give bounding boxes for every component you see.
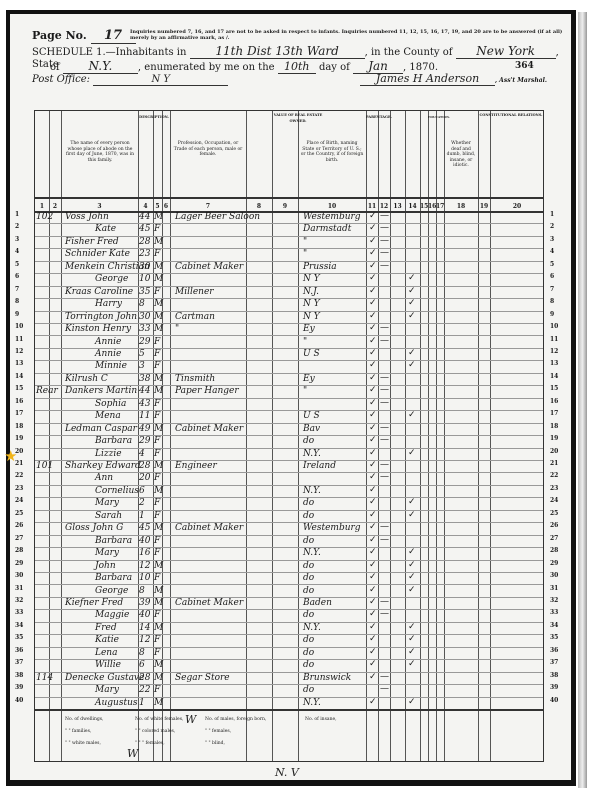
summary-white-females: No. of white females,	[135, 717, 183, 722]
birthplace-value: U S	[303, 411, 320, 421]
occupation-value: Paper Hanger	[175, 386, 239, 396]
person-name: John	[95, 561, 116, 571]
line-number-right: 15	[550, 385, 558, 392]
birthplace-value: Ey	[303, 374, 315, 384]
person-name: Augustus	[95, 698, 138, 708]
father-foreign-mark: ✓	[369, 261, 377, 271]
occupation-value: Millener	[175, 287, 214, 297]
father-foreign-mark: ✓	[369, 547, 377, 557]
sex-value: M	[154, 623, 163, 633]
person-name: Dankers Martin	[65, 386, 137, 396]
table-row: 19Barbara29Fdo✓—19	[35, 435, 543, 448]
table-row: 16Sophia43F✓—16	[35, 398, 543, 411]
summary-blind: " " blind,	[205, 741, 225, 746]
sex-value: F	[154, 685, 160, 695]
table-row: 33Maggie40Fdo✓—33	[35, 609, 543, 622]
column-number-8: 8	[246, 203, 272, 210]
person-name: Cornelius	[95, 486, 139, 496]
table-row: 29John12Mdo✓✓29	[35, 560, 543, 573]
table-row: 30Barbara10Fdo✓✓30	[35, 572, 543, 585]
table-row: 25Sarah1Fdo✓✓25	[35, 510, 543, 523]
sex-value: M	[154, 212, 163, 222]
line-number-left: 16	[15, 398, 23, 405]
birthplace-value: do	[303, 561, 314, 571]
birthplace-value: do	[303, 648, 314, 658]
table-row: 3Fisher Fred28M"✓—3	[35, 236, 543, 249]
line-number-right: 23	[550, 485, 558, 492]
column-number-4: 4	[138, 203, 153, 210]
person-name: Katie	[95, 635, 119, 645]
father-foreign-mark: ✓	[369, 497, 377, 507]
sex-value: F	[154, 648, 160, 658]
mother-foreign-mark: —	[380, 460, 389, 470]
line-number-left: 36	[15, 647, 23, 654]
constitutional-group-header: CONSTITUTIONAL RELATIONS.	[478, 113, 544, 119]
person-name: Annie	[95, 337, 121, 347]
line-number-right: 25	[550, 510, 558, 517]
line-number-left: 7	[15, 286, 19, 293]
line-number-right: 2	[550, 223, 554, 230]
married-mark: ✓	[408, 311, 416, 321]
sex-value: F	[154, 436, 160, 446]
person-name: Voss John	[65, 212, 109, 222]
line-number-right: 4	[550, 248, 554, 255]
age-value: 6	[139, 486, 145, 496]
line-number-left: 18	[15, 423, 23, 430]
line-number-right: 38	[550, 672, 558, 679]
line-number-left: 31	[15, 585, 23, 592]
birthplace-value: "	[303, 337, 307, 347]
summary-colored-males: " " colored males,	[135, 729, 175, 734]
father-foreign-mark: ✓	[369, 223, 377, 233]
person-name: Lena	[95, 648, 117, 658]
line-number-left: 37	[15, 659, 23, 666]
table-row: 14Kilrush C38MTinsmithEy✓—14	[35, 373, 543, 386]
person-name: Mena	[95, 411, 121, 421]
state-value: N.Y.	[63, 59, 138, 74]
line-number-left: 24	[15, 497, 23, 504]
father-foreign-mark: ✓	[369, 448, 377, 458]
table-row: 20Lizzie4FN.Y.✓✓20	[35, 448, 543, 461]
line-number-left: 8	[15, 298, 19, 305]
father-foreign-mark: ✓	[369, 572, 377, 582]
summary-section: No. of dwellings, " " families, " " whit…	[35, 711, 543, 761]
column-number-10: 10	[298, 203, 366, 210]
table-row: 9Torrington John30MCartmanN Y✓✓9	[35, 311, 543, 324]
occupation-value: Cabinet Maker	[175, 424, 243, 434]
father-foreign-mark: ✓	[369, 398, 377, 408]
occupation-value: Engineer	[175, 461, 217, 471]
birthplace-value: Baden	[303, 598, 332, 608]
age-value: 30	[139, 312, 150, 322]
sex-value: F	[154, 349, 160, 359]
line-number-right: 37	[550, 659, 558, 666]
person-name: George	[95, 586, 128, 596]
father-foreign-mark: ✓	[369, 423, 377, 433]
sex-value: F	[154, 361, 160, 371]
father-foreign-mark: ✓	[369, 410, 377, 420]
line-number-right: 22	[550, 472, 558, 479]
column-number-5: 5	[153, 203, 162, 210]
father-foreign-mark: ✓	[369, 348, 377, 358]
table-row: 2Kate45FDarmstadt✓—2	[35, 223, 543, 236]
sex-value: M	[154, 374, 163, 384]
birthplace-value: Westemburg	[303, 212, 361, 222]
father-foreign-mark: ✓	[369, 236, 377, 246]
age-value: 28	[139, 237, 150, 247]
age-value: 8	[139, 299, 145, 309]
sex-value: F	[154, 337, 160, 347]
table-row: 36Lena8Fdo✓✓36	[35, 647, 543, 660]
line-number-left: 10	[15, 323, 23, 330]
person-name: Fred	[95, 623, 117, 633]
birthplace-value: do	[303, 498, 314, 508]
line-number-left: 26	[15, 522, 23, 529]
mother-foreign-mark: —	[380, 373, 389, 383]
district-value: 11th Dist 13th Ward	[190, 44, 365, 59]
sex-value: F	[154, 449, 160, 459]
sex-value: F	[154, 511, 160, 521]
occupation-value: "	[175, 324, 179, 334]
person-name: Mary	[95, 548, 119, 558]
line-number-left: 9	[15, 311, 19, 318]
married-mark: ✓	[408, 647, 416, 657]
table-row: 15RearDankers Martin44MPaper Hanger"✓—15	[35, 385, 543, 398]
age-value: 1	[139, 511, 145, 521]
page-number: Page No. 17	[32, 28, 136, 44]
line-number-right: 14	[550, 373, 558, 380]
age-value: 33	[139, 324, 150, 334]
summary-foreign-males: No. of males, foreign born,	[205, 717, 266, 722]
post-office-line: Post Office: N Y	[32, 74, 228, 86]
line-number-right: 32	[550, 597, 558, 604]
column-number-17: 17	[436, 203, 444, 210]
sheet-number: 364	[515, 61, 534, 71]
line-number-right: 27	[550, 535, 558, 542]
married-mark: ✓	[408, 634, 416, 644]
mother-foreign-mark: —	[380, 261, 389, 271]
age-value: 30	[139, 262, 150, 272]
summary-mark-1: W	[185, 713, 196, 726]
column-number-2: 2	[49, 203, 61, 210]
line-number-right: 5	[550, 261, 554, 268]
sex-value: M	[154, 386, 163, 396]
line-number-left: 14	[15, 373, 23, 380]
parentage-group-header: PARENTAGE.	[366, 115, 390, 121]
age-value: 10	[139, 274, 150, 284]
line-number-left: 25	[15, 510, 23, 517]
line-number-left: 33	[15, 609, 23, 616]
married-mark: ✓	[408, 659, 416, 669]
person-name: Barbara	[95, 536, 132, 546]
birthplace-value: do	[303, 573, 314, 583]
birthplace-value: N.Y.	[303, 449, 321, 459]
father-foreign-mark: ✓	[369, 597, 377, 607]
father-foreign-mark: ✓	[369, 634, 377, 644]
age-value: 28	[139, 673, 150, 683]
sex-value: F	[154, 411, 160, 421]
line-number-left: 13	[15, 360, 23, 367]
person-name: Harry	[95, 299, 122, 309]
table-row: 17Mena11FU S✓✓17	[35, 410, 543, 423]
occupation-value: Cabinet Maker	[175, 262, 243, 272]
married-mark: ✓	[408, 298, 416, 308]
sex-value: F	[154, 399, 160, 409]
sex-value: M	[154, 698, 163, 708]
age-value: 2	[139, 498, 145, 508]
birthplace-value: N.Y.	[303, 623, 321, 633]
father-foreign-mark: ✓	[369, 560, 377, 570]
mother-foreign-mark: —	[380, 535, 389, 545]
line-number-right: 21	[550, 460, 558, 467]
birthplace-value: N Y	[303, 274, 320, 284]
page-binding-edge	[578, 12, 587, 788]
birthplace-value: N Y	[303, 299, 320, 309]
line-number-left: 17	[15, 410, 23, 417]
line-number-right: 3	[550, 236, 554, 243]
father-foreign-mark: ✓	[369, 622, 377, 632]
sex-value: M	[154, 274, 163, 284]
table-row: 23Cornelius6MN.Y.✓23	[35, 485, 543, 498]
line-number-left: 30	[15, 572, 23, 579]
dwelling-number: 114	[36, 673, 53, 683]
table-row: 28Mary16FN.Y.✓✓28	[35, 547, 543, 560]
column-number-11: 11	[366, 203, 378, 210]
father-foreign-mark: ✓	[369, 535, 377, 545]
person-name: Sarah	[95, 511, 122, 521]
father-foreign-mark: ✓	[369, 373, 377, 383]
father-foreign-mark: ✓	[369, 672, 377, 682]
age-value: 44	[139, 386, 150, 396]
table-row: 21101Sharkey Edward28MEngineerIreland✓—2…	[35, 460, 543, 473]
column-number-18: 18	[444, 203, 478, 210]
col3-header: The name of every person whose place of …	[63, 141, 137, 163]
father-foreign-mark: ✓	[369, 211, 377, 221]
table-row: 26Gloss John G45MCabinet MakerWestemburg…	[35, 522, 543, 535]
column-number-13: 13	[390, 203, 405, 210]
birthplace-value: do	[303, 536, 314, 546]
census-page: Page No. 17 Inquiries numbered 7, 16, an…	[6, 10, 576, 786]
mother-foreign-mark: —	[380, 236, 389, 246]
birthplace-value: "	[303, 386, 307, 396]
table-row: 5Menkein Christian30MCabinet MakerPrussi…	[35, 261, 543, 274]
occupation-value: Cartman	[175, 312, 215, 322]
person-name: Annie	[95, 349, 121, 359]
age-value: 12	[139, 635, 150, 645]
line-number-right: 19	[550, 435, 558, 442]
age-value: 44	[139, 212, 150, 222]
married-mark: ✓	[408, 410, 416, 420]
married-mark: ✓	[408, 622, 416, 632]
mother-foreign-mark: —	[380, 223, 389, 233]
sex-value: M	[154, 461, 163, 471]
age-value: 43	[139, 399, 150, 409]
table-row: 39Mary22Fdo—39	[35, 684, 543, 697]
age-value: 5	[139, 349, 145, 359]
mother-foreign-mark: —	[380, 323, 389, 333]
person-name: Gloss John G	[65, 523, 123, 533]
line-number-right: 7	[550, 286, 554, 293]
line-number-left: 39	[15, 684, 23, 691]
line-number-right: 33	[550, 609, 558, 616]
occupation-value: Cabinet Maker	[175, 523, 243, 533]
sex-value: M	[154, 324, 163, 334]
line-number-left: 28	[15, 547, 23, 554]
married-mark: ✓	[408, 547, 416, 557]
sex-value: M	[154, 586, 163, 596]
married-mark: ✓	[408, 560, 416, 570]
person-name: Ann	[95, 473, 113, 483]
mother-foreign-mark: —	[380, 522, 389, 532]
table-row: 37Willie6Mdo✓✓37	[35, 659, 543, 672]
birthplace-value: N Y	[303, 312, 320, 322]
person-name: Fisher Fred	[65, 237, 119, 247]
married-mark: ✓	[408, 585, 416, 595]
age-value: 6	[139, 660, 145, 670]
birthplace-value: do	[303, 685, 314, 695]
summary-foreign-females: " " females,	[205, 729, 231, 734]
table-row: 31George8Mdo✓✓31	[35, 585, 543, 598]
line-number-left: 5	[15, 261, 19, 268]
sex-value: M	[154, 523, 163, 533]
table-row: 18Ledman Caspar49MCabinet MakerBav✓—18	[35, 423, 543, 436]
dwelling-number: 102	[36, 212, 53, 222]
married-mark: ✓	[408, 360, 416, 370]
line-number-right: 36	[550, 647, 558, 654]
day-of-label: day of	[319, 62, 350, 73]
age-value: 8	[139, 648, 145, 658]
line-number-right: 1	[550, 211, 554, 218]
birthplace-value: do	[303, 635, 314, 645]
birthplace-value: "	[303, 249, 307, 259]
birthplace-value: do	[303, 586, 314, 596]
line-number-right: 6	[550, 273, 554, 280]
person-name: George	[95, 274, 128, 284]
person-name: Schnider Kate	[65, 249, 130, 259]
age-value: 40	[139, 536, 150, 546]
page-number-value: 17	[91, 28, 136, 44]
age-value: 45	[139, 224, 150, 234]
column-number-1: 1	[35, 203, 49, 210]
county-value: New York	[456, 44, 556, 59]
line-number-right: 13	[550, 360, 558, 367]
birthplace-value: Ey	[303, 324, 315, 334]
line-number-left: 23	[15, 485, 23, 492]
father-foreign-mark: ✓	[369, 697, 377, 707]
value-estate-group-header: VALUE OF REAL ESTATE OWNED.	[272, 113, 324, 124]
birthplace-value: N.J.	[303, 287, 319, 297]
father-foreign-mark: ✓	[369, 273, 377, 283]
line-number-right: 12	[550, 348, 558, 355]
marshal-signature: James H Anderson, Ass't Marshal.	[360, 72, 547, 86]
county-label: , in the County of	[365, 47, 453, 58]
sex-value: F	[154, 573, 160, 583]
father-foreign-mark: ✓	[369, 298, 377, 308]
col7-header: Profession, Occupation, or Trade of each…	[172, 141, 244, 158]
page-label: Page No.	[32, 29, 87, 42]
married-mark: ✓	[408, 348, 416, 358]
father-foreign-mark: ✓	[369, 360, 377, 370]
line-number-left: 35	[15, 634, 23, 641]
married-mark: ✓	[408, 286, 416, 296]
sex-value: M	[154, 660, 163, 670]
sex-value: F	[154, 224, 160, 234]
line-number-right: 40	[550, 697, 558, 704]
age-value: 14	[139, 623, 150, 633]
line-number-right: 24	[550, 497, 558, 504]
line-number-right: 9	[550, 311, 554, 318]
age-value: 11	[139, 411, 150, 421]
mother-foreign-mark: —	[380, 248, 389, 258]
bookmark-star-icon[interactable]: ★	[4, 447, 17, 465]
sex-value: F	[154, 249, 160, 259]
line-number-left: 12	[15, 348, 23, 355]
column-number-16: 16	[428, 203, 436, 210]
table-row: 11Annie29F"✓—11	[35, 336, 543, 349]
person-name: Torrington John	[65, 312, 137, 322]
sex-value: F	[154, 287, 160, 297]
line-number-left: 2	[15, 223, 19, 230]
line-number-right: 20	[550, 448, 558, 455]
of-label: of	[50, 62, 60, 73]
married-mark: ✓	[408, 497, 416, 507]
table-row: 27Barbara40Fdo✓—27	[35, 535, 543, 548]
father-foreign-mark: ✓	[369, 647, 377, 657]
line-number-right: 10	[550, 323, 558, 330]
line-number-left: 34	[15, 622, 23, 629]
instructions-note: Inquiries numbered 7, 16, and 17 are not…	[130, 29, 570, 41]
table-row: 1102Voss John44MLager Beer SaloonWestemb…	[35, 211, 543, 224]
line-number-left: 27	[15, 535, 23, 542]
father-foreign-mark: ✓	[369, 435, 377, 445]
married-mark: ✓	[408, 697, 416, 707]
age-value: 4	[139, 449, 145, 459]
person-name: Mary	[95, 498, 119, 508]
column-number-9: 9	[272, 203, 298, 210]
line-number-left: 3	[15, 236, 19, 243]
age-value: 45	[139, 523, 150, 533]
summary-colored-females: " " " females,	[135, 741, 165, 746]
enumerated-label: , enumerated by me on the	[138, 62, 275, 73]
birthplace-value: Brunswick	[303, 673, 351, 683]
table-row: 22Ann20F✓—22	[35, 472, 543, 485]
sex-value: M	[154, 262, 163, 272]
mother-foreign-mark: —	[380, 609, 389, 619]
line-number-right: 17	[550, 410, 558, 417]
line-number-right: 29	[550, 560, 558, 567]
line-number-right: 30	[550, 572, 558, 579]
schedule-label: SCHEDULE 1.—Inhabitants in	[32, 47, 186, 58]
married-mark: ✓	[408, 448, 416, 458]
age-value: 1	[139, 698, 145, 708]
person-name: Lizzie	[95, 449, 122, 459]
column-number-14: 14	[405, 203, 420, 210]
post-office-label: Post Office:	[32, 74, 90, 85]
father-foreign-mark: ✓	[369, 385, 377, 395]
age-value: 40	[139, 610, 150, 620]
birthplace-value: U S	[303, 349, 320, 359]
age-value: 22	[139, 685, 150, 695]
age-value: 3	[139, 361, 145, 371]
line-number-right: 39	[550, 684, 558, 691]
line-number-left: 32	[15, 597, 23, 604]
mother-foreign-mark: —	[380, 684, 389, 694]
column-number-3: 3	[61, 203, 138, 210]
age-value: 10	[139, 573, 150, 583]
marshal-label: , Ass't Marshal.	[495, 77, 547, 84]
birthplace-value: N.Y.	[303, 698, 321, 708]
post-office-value: N Y	[93, 74, 228, 86]
